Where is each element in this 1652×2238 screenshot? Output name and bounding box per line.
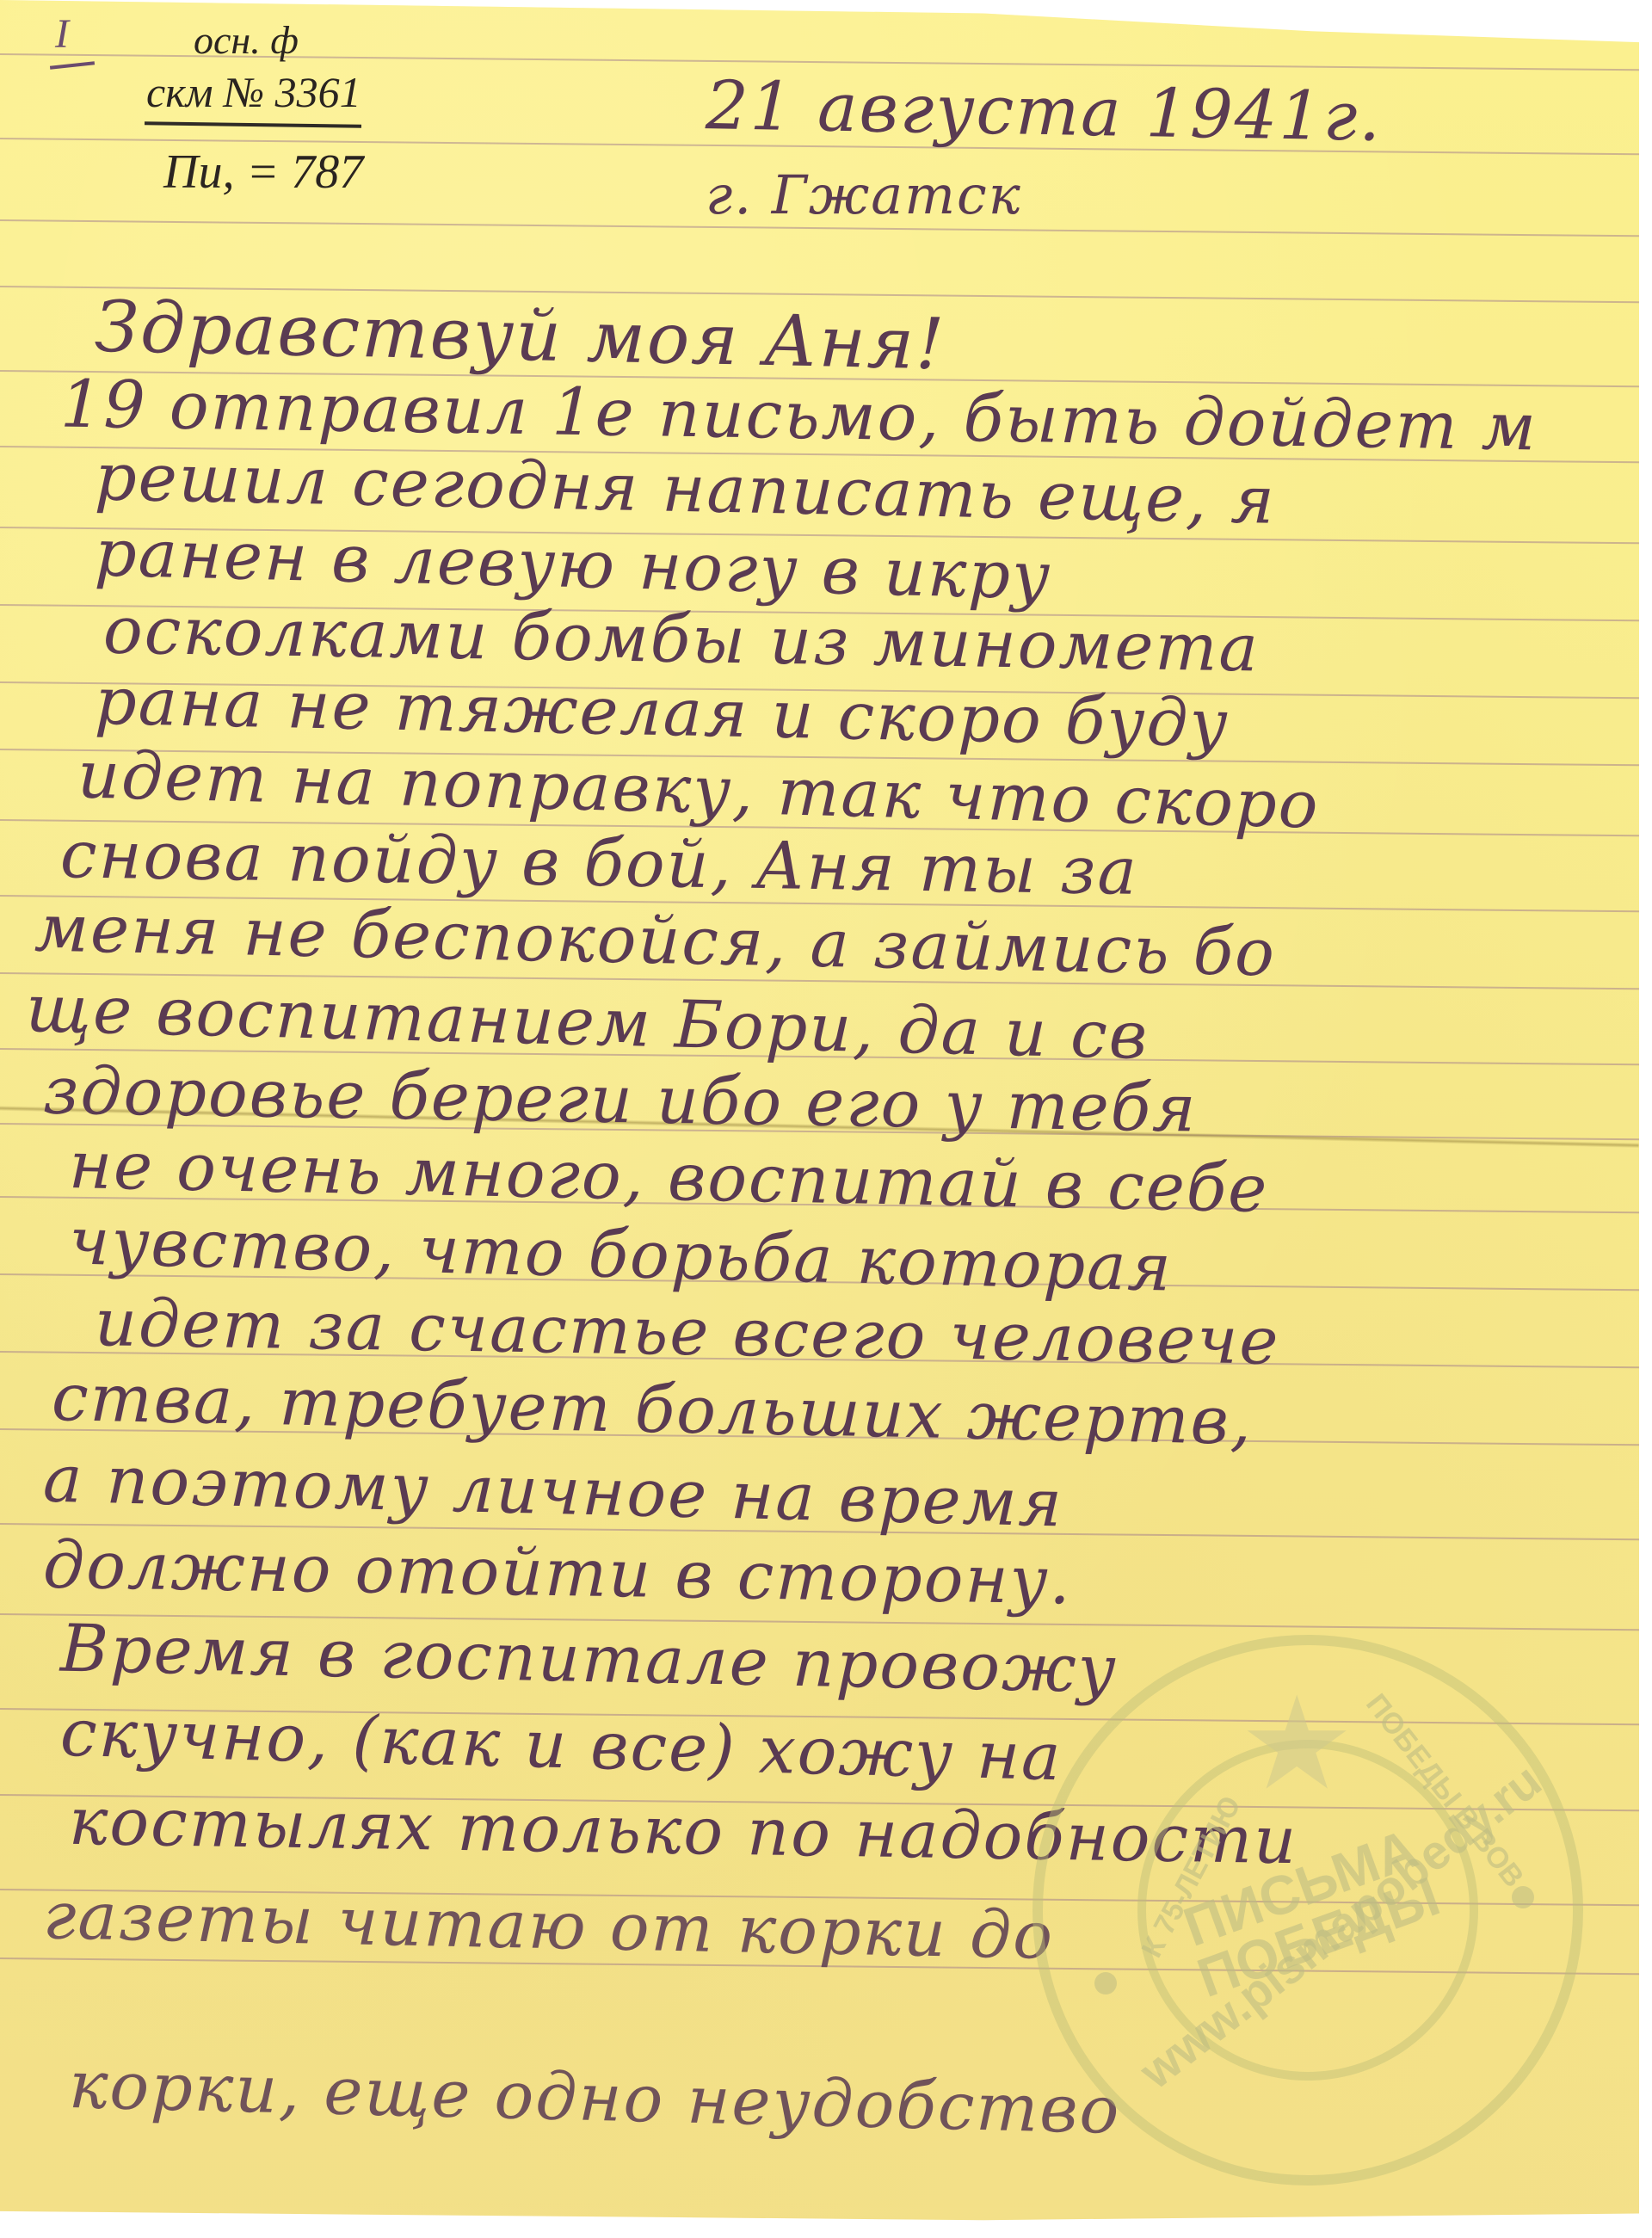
archive-roman-numeral: I bbox=[55, 10, 69, 58]
letter-place: г. Гжатск bbox=[706, 163, 1022, 226]
archive-divider bbox=[145, 121, 361, 128]
star-icon: ★ bbox=[1239, 1680, 1354, 1809]
archive-record-number: скм № 3361 bbox=[146, 67, 361, 117]
letter-line: корки, еще одно неудобство bbox=[68, 2052, 1121, 2143]
archive-sheet-number: Пи, = 787 bbox=[163, 145, 363, 200]
stamp-inner-ring bbox=[1137, 1740, 1478, 2081]
letter-line: ства, требует больших жертв, bbox=[51, 1365, 1253, 1454]
letter-line: должно отойти в сторону. bbox=[42, 1532, 1072, 1614]
letter-line: скучно, (как и все) хожу на bbox=[59, 1700, 1063, 1790]
letter-date: 21 августа 1941г. bbox=[705, 67, 1383, 157]
letter-sheet: I осн. ф скм № 3361 Пи, = 787 21 августа… bbox=[0, 0, 1639, 2227]
letter-line: идет за счастье всего человече bbox=[94, 1290, 1280, 1374]
stamp-dot bbox=[1094, 1972, 1117, 1994]
stamp-arc-right: ПОБЕДЫ В ВОВ bbox=[1359, 1688, 1530, 1895]
letter-line: снова пойду в бой, Аня ты за bbox=[59, 822, 1138, 904]
letter-line: а поэтому личное на время bbox=[42, 1446, 1064, 1537]
stamp-dot bbox=[1512, 1886, 1534, 1908]
stamp-title-line2: ПОБЕДЫ bbox=[1180, 1865, 1457, 2009]
archive-fund: осн. ф bbox=[194, 17, 299, 63]
letter-line: меня не беспокойся, а займись бо bbox=[34, 896, 1276, 986]
letter-line: костылях только по надобности bbox=[68, 1789, 1298, 1873]
letter-line: Время в госпитале провожу bbox=[59, 1616, 1118, 1703]
letter-line: газеты читаю от корки до bbox=[42, 1883, 1054, 1969]
archive-roman-underline bbox=[50, 61, 95, 69]
